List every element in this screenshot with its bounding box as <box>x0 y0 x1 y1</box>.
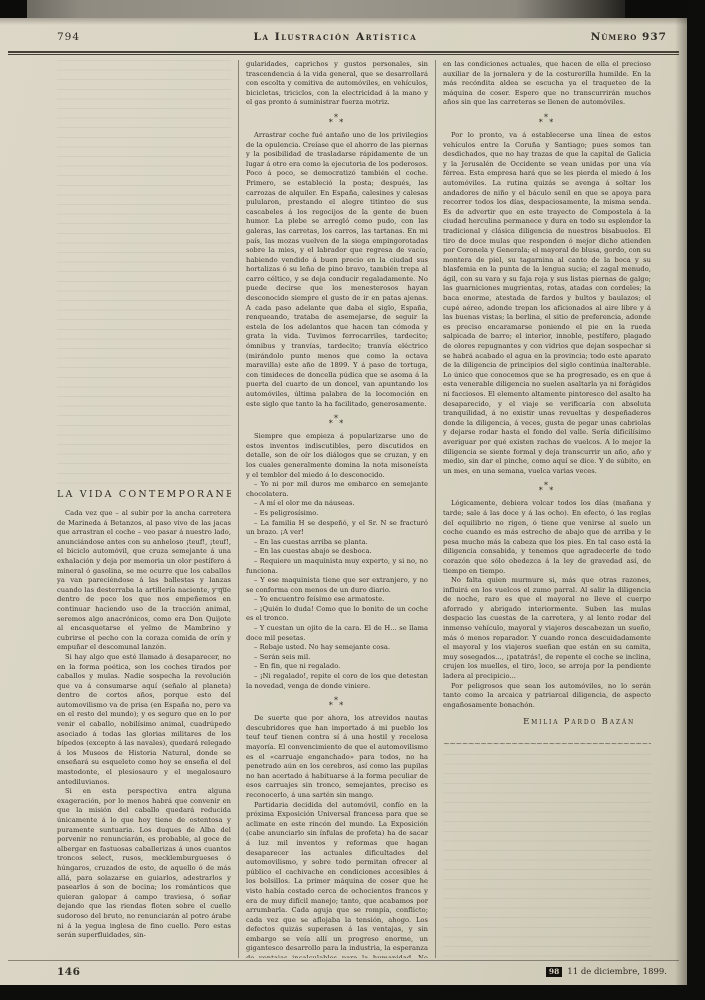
paragraph: Si en esta perspectiva entra alguna exag… <box>57 787 231 941</box>
dialog-line: – ¡Ni regalado!, repite el coro de los q… <box>246 672 428 691</box>
column-middle: gularidades, caprichos y gustos personal… <box>238 60 436 958</box>
dialog-line: – A mí el olor me da náuseas. <box>246 499 428 509</box>
paragraph: Lógicamente, debiera volcar todos los dí… <box>443 499 651 576</box>
dialog-line: – Y cuestan un ojito de la cara. El de H… <box>246 624 428 643</box>
dialog-line: – Yo ni por mil duros me embarco en seme… <box>246 480 428 499</box>
issue-number: Número 937 <box>591 31 667 43</box>
header-page-number: 794 <box>57 31 80 43</box>
section-separator-icon: ** * <box>443 108 651 131</box>
footer-issue-date: 98 11 de diciembre, 1899. <box>546 967 667 977</box>
scan-top-edge <box>0 0 687 18</box>
wavy-divider: ~~~~~~~~~~~~~~~~~~~~~~~~~~~~~~~~~~~~~~~~… <box>443 740 651 748</box>
dialog-line: – Yo encuentro feísimo ese armatoste. <box>246 595 428 605</box>
section-separator-icon: ** * <box>246 691 428 714</box>
section-separator-icon: ** * <box>246 108 428 131</box>
journal-title: La Ilustración Artística <box>253 31 417 43</box>
scan-corner-artifact-right <box>625 0 687 18</box>
issue-number-badge: 98 <box>546 967 562 977</box>
paragraph: Si hay algo que esté llamado á desaparec… <box>57 653 231 787</box>
dialog-line: – Es peligrosísimo. <box>246 509 428 519</box>
dialog-line: – Requiere un maquinista muy experto, y … <box>246 557 428 576</box>
author-signature: Emilia Pardo Bazán <box>443 718 651 728</box>
footer-date-text: 11 de diciembre, 1899. <box>567 967 667 977</box>
magazine-page: 794 La Ilustración Artística Número 937 … <box>0 18 687 985</box>
text-columns: LA VIDA CONTEMPORANEACada vez que – al s… <box>57 60 667 958</box>
blank-area-showthrough <box>57 60 231 488</box>
dialog-line: – Rebaje usted. No hay semejante cosa. <box>246 643 428 653</box>
paragraph: Por peligrosos que sean los automóviles,… <box>443 682 651 711</box>
paragraph: Cada vez que – al subir por la ancha car… <box>57 509 231 653</box>
paragraph: De suerte que por ahora, los atrevidos n… <box>246 714 428 800</box>
page-header: 794 La Ilustración Artística Número 937 <box>57 31 667 43</box>
section-separator-icon: ** * <box>246 409 428 432</box>
paragraph: Partidaria decidida del automóvil, confí… <box>246 801 428 958</box>
dialog-line: – En fin, que ni regalado. <box>246 662 428 672</box>
footer-rule <box>8 960 679 961</box>
paragraph: Arrastrar coche fué antaño uno de los pr… <box>246 131 428 409</box>
dialog-line: – ¡Quién lo duda! Como que lo bonito de … <box>246 605 428 624</box>
paragraph-continuation: en las condiciones actuales, que hacen d… <box>443 60 651 108</box>
scanned-magazine-page: { "colors": { "paper": "#d8d3c2", "ink":… <box>0 0 705 1000</box>
scan-corner-artifact-left <box>0 0 27 18</box>
margin-ink-mark: ~~ <box>214 583 228 594</box>
column-right-blocks: en las condiciones actuales, que hacen d… <box>443 60 651 748</box>
header-double-rule <box>8 51 679 55</box>
page-footer: 146 98 11 de diciembre, 1899. <box>57 966 667 978</box>
paragraph: No falta quien murmure si, más que otras… <box>443 576 651 682</box>
column-right: en las condiciones actuales, que hacen d… <box>443 60 651 958</box>
dialog-line: – En las cuestas abajo se desboca. <box>246 547 428 557</box>
paragraph: Siempre que empieza á popularizarse uno … <box>246 432 428 480</box>
blank-area-showthrough <box>443 754 651 958</box>
dialog-line: – Y ese maquinista tiene que ser extranj… <box>246 576 428 595</box>
section-separator-icon: ** * <box>443 476 651 499</box>
column-left-blocks: LA VIDA CONTEMPORANEACada vez que – al s… <box>57 488 231 941</box>
paragraph: Por lo pronto, va á establecerse una lín… <box>443 131 651 476</box>
article-title: LA VIDA CONTEMPORANEA <box>57 488 231 501</box>
dialog-line: – En las cuestas arriba se planta. <box>246 538 428 548</box>
dialog-line: – La familia H se despeñó, y el Sr. N se… <box>246 519 428 538</box>
dialog-line: – Serán seis mil. <box>246 653 428 663</box>
footer-folio-number: 146 <box>57 966 80 978</box>
paragraph-continuation: gularidades, caprichos y gustos personal… <box>246 60 428 108</box>
column-left: LA VIDA CONTEMPORANEACada vez que – al s… <box>57 60 231 958</box>
